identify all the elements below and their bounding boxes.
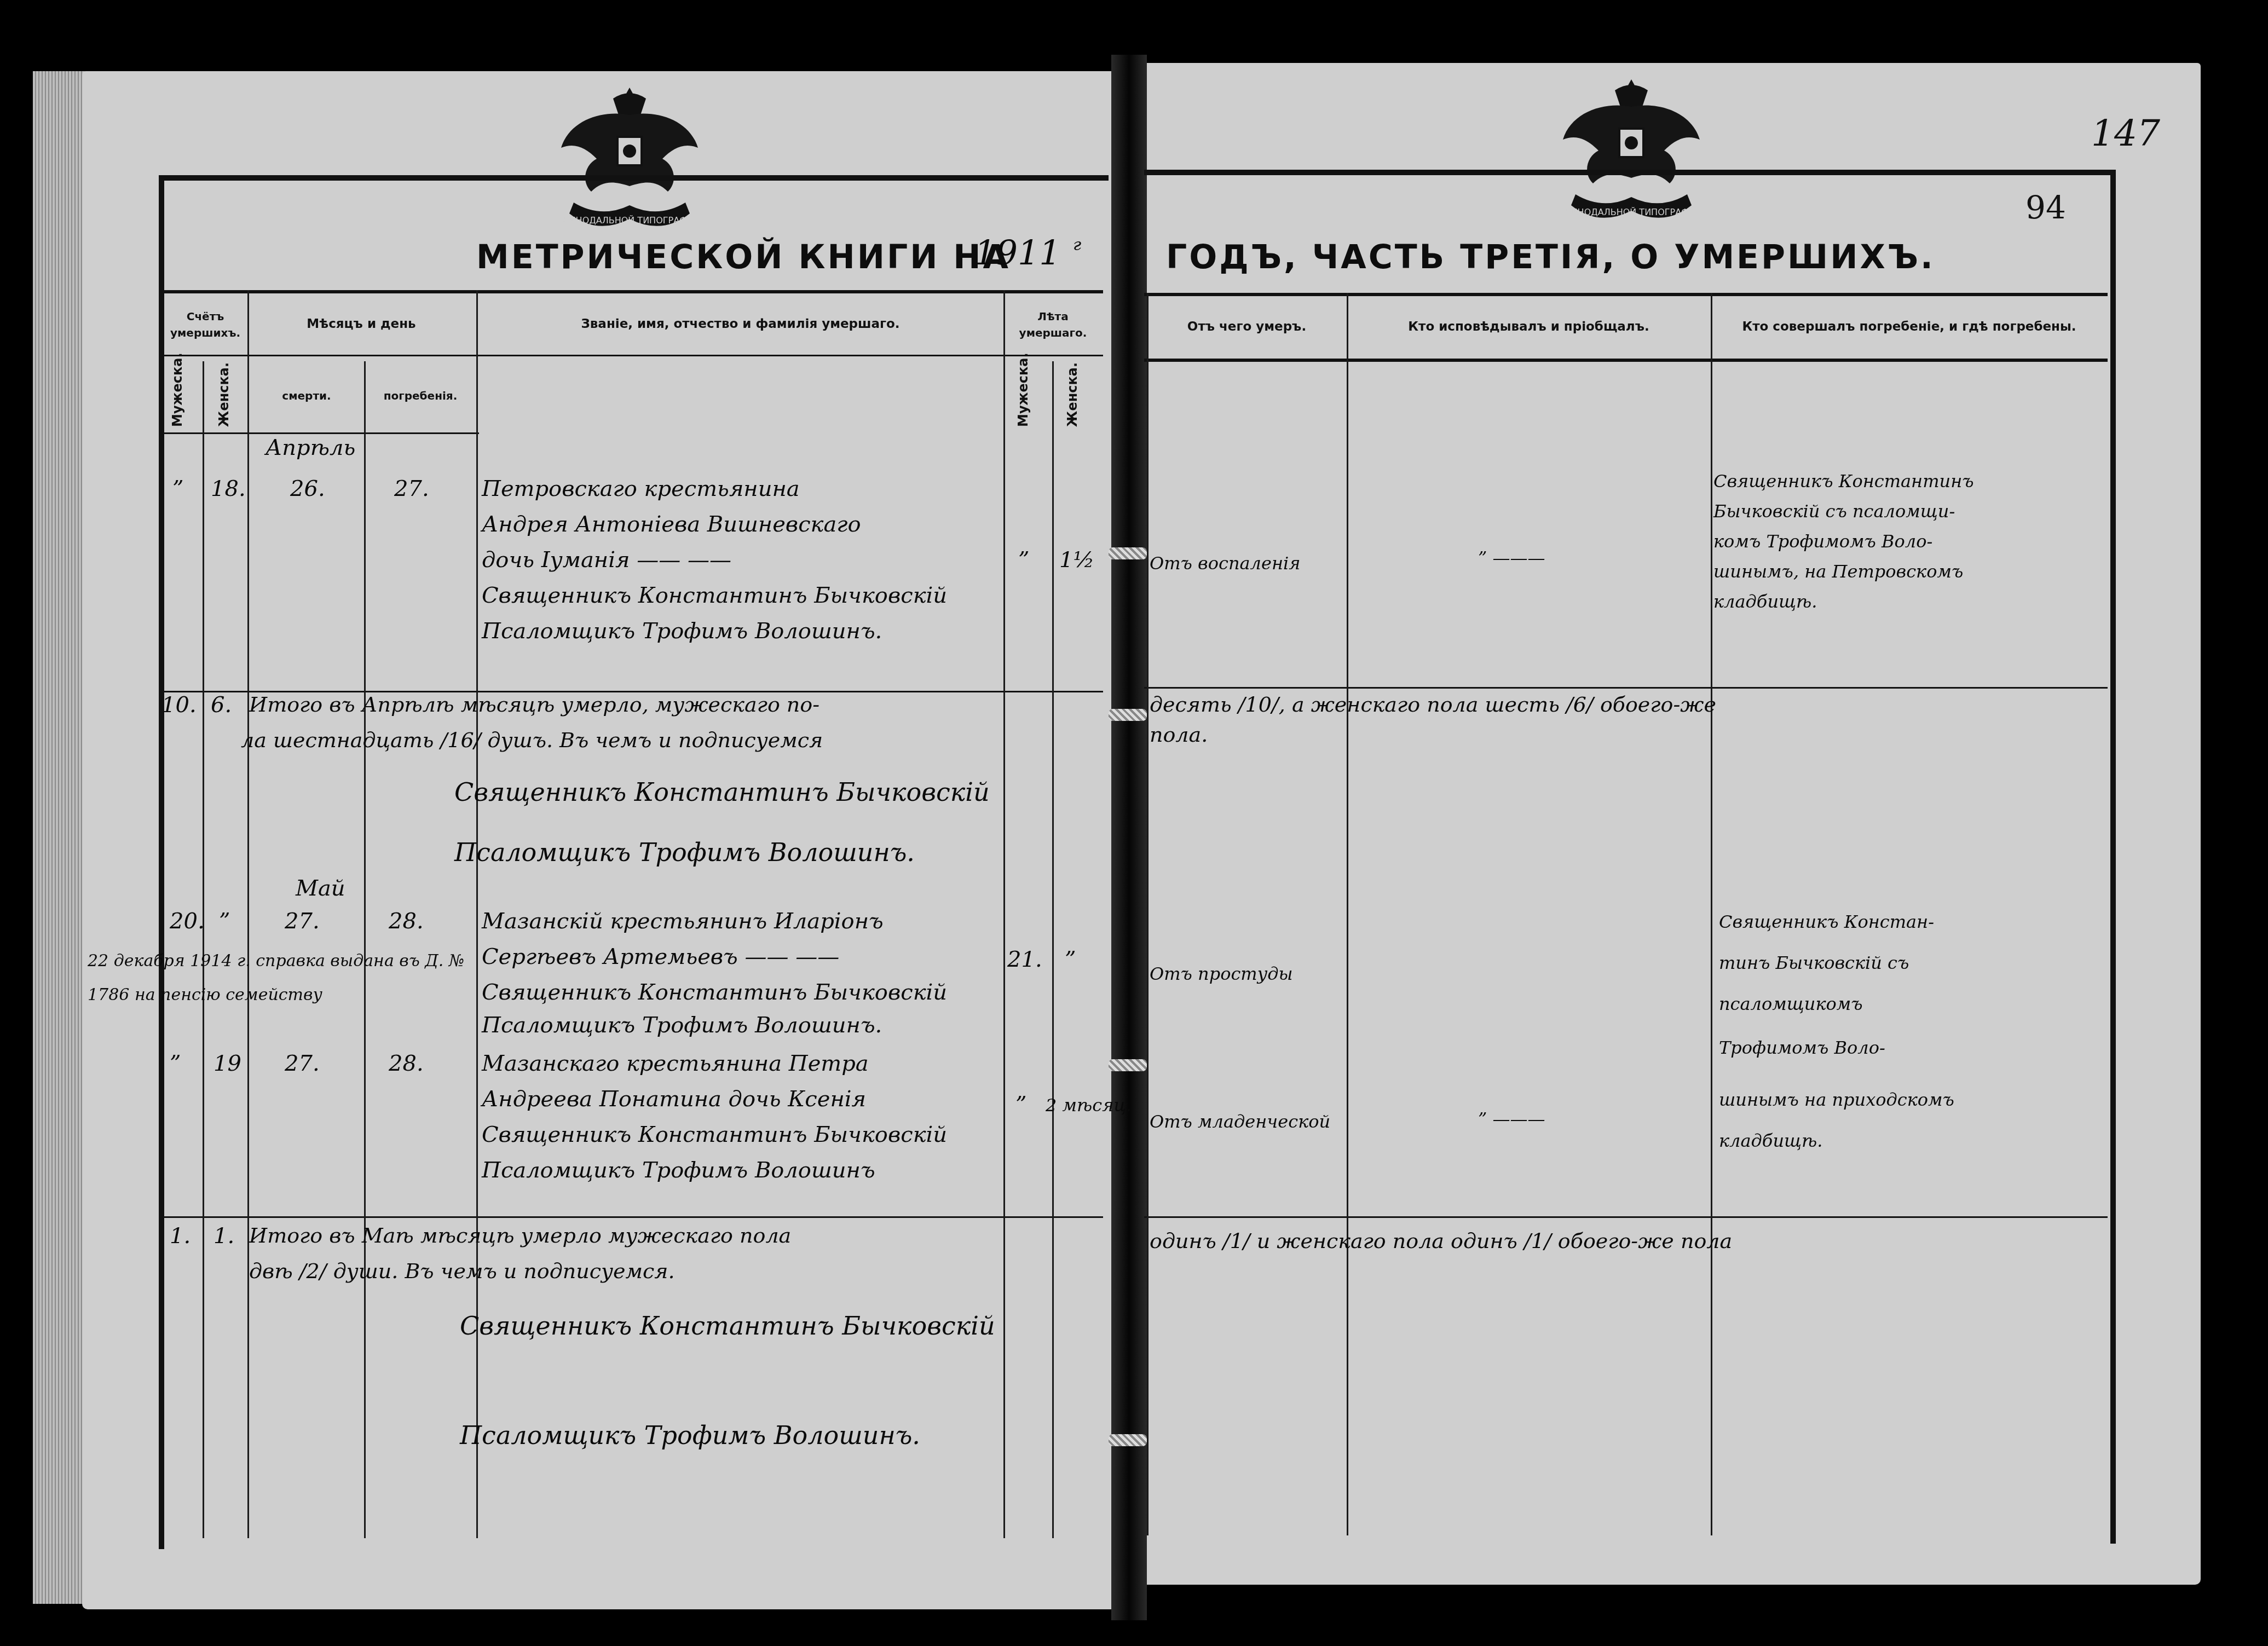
total-right-line: десять /10/, а женскаго пола шесть /6/ о… bbox=[1150, 692, 1716, 717]
right-page-title: ГОДЪ, ЧАСТЬ ТРЕТІЯ, О УМЕРШИХЪ. bbox=[1166, 238, 1935, 276]
entry-burial-day: 27. bbox=[394, 476, 429, 501]
entry-burial-line: тинъ Бычковскій съ bbox=[1719, 952, 1909, 973]
total-line: двѣ /2/ души. Въ чемъ и подписуемся. bbox=[249, 1259, 675, 1283]
entry-name-line: дочь Іуманія —— —— bbox=[482, 547, 731, 573]
header-bottom-rule bbox=[1144, 359, 2108, 362]
column-line bbox=[1347, 293, 1348, 1535]
binding-string bbox=[1109, 1059, 1147, 1071]
total-female: 6. bbox=[211, 692, 232, 718]
folio-number: 147 bbox=[2091, 112, 2160, 154]
entry-burial-line: Священникъ Константинъ bbox=[1713, 471, 1974, 492]
month-label: Май bbox=[296, 876, 345, 901]
total-male: 1. bbox=[170, 1223, 191, 1249]
entry-burial-line: псаломщикомъ bbox=[1719, 994, 1863, 1014]
header-top-rule bbox=[164, 290, 1103, 293]
entry-cause: Отъ простуды bbox=[1150, 963, 1293, 984]
entry-name-line: Андреева Понатина дочь Ксенія bbox=[482, 1087, 866, 1112]
entry-burial-line: Бычковскій съ псаломщи- bbox=[1713, 501, 1955, 522]
entry-death-day: 27. bbox=[285, 909, 320, 934]
entry-male-no: 20. bbox=[170, 909, 205, 934]
entry-age-female: 1½ bbox=[1059, 547, 1094, 573]
entry-burial-day: 28. bbox=[389, 1051, 424, 1076]
entry-cause: Отъ младенческой bbox=[1150, 1111, 1330, 1132]
column-line bbox=[1003, 290, 1005, 1538]
total-line: Итого въ Маѣ мѣсяцѣ умерло мужескаго пол… bbox=[249, 1223, 791, 1248]
year-suffix: г bbox=[1073, 235, 1081, 255]
entry-burial-line: кладбищѣ. bbox=[1719, 1130, 1822, 1151]
month-label: Апрѣль bbox=[266, 435, 355, 460]
header-confessor: Кто исповѣдывалъ и пріобщалъ. bbox=[1349, 298, 1708, 356]
book-page-edges bbox=[33, 71, 85, 1604]
entry-signature: Псаломщикъ Трофимъ Волошинъ. bbox=[482, 619, 882, 644]
column-line bbox=[1052, 361, 1054, 1538]
entry-name-line: Мазанскаго крестьянина Петра bbox=[482, 1051, 869, 1076]
entry-cause: Отъ воспаленія bbox=[1150, 553, 1300, 574]
total-line: Итого въ Апрѣлѣ мѣсяцѣ умерло, мужескаго… bbox=[249, 692, 820, 717]
entry-female-no: ” bbox=[219, 909, 230, 934]
header-burial-by: Кто совершалъ погребеніе, и гдѣ погребен… bbox=[1713, 298, 2105, 356]
entry-female-no: 19 bbox=[213, 1051, 241, 1076]
header-count: Счётъ умершихъ. bbox=[164, 296, 246, 353]
entry-age-male: ” bbox=[1015, 1092, 1026, 1117]
entry-burial-line: кладбищѣ. bbox=[1713, 591, 1817, 612]
header-age-male: Мужеска. bbox=[1015, 367, 1031, 427]
entry-signature: Священникъ Константинъ Бычковскій bbox=[482, 980, 947, 1005]
row-separator bbox=[1144, 1216, 2108, 1218]
entry-death-day: 27. bbox=[285, 1051, 320, 1076]
entry-burial-line: Священникъ Констан- bbox=[1719, 911, 1934, 932]
total-line: ла шестнадцать /16/ душъ. Въ чемъ и подп… bbox=[241, 728, 823, 752]
header-burial: погребенія. bbox=[366, 361, 475, 430]
left-page-title: МЕТРИЧЕСКОЙ КНИГИ НА bbox=[476, 238, 1011, 276]
entry-name-line: Андрея Антоніева Вишневскаго bbox=[482, 512, 861, 537]
entry-age-female: ” bbox=[1065, 947, 1076, 972]
total-signature: Священникъ Константинъ Бычковскій bbox=[454, 777, 990, 807]
header-female: Женска. bbox=[216, 372, 232, 427]
column-line bbox=[1711, 293, 1712, 1535]
total-signature: Псаломщикъ Трофимъ Волошинъ. bbox=[460, 1420, 920, 1450]
year-handwritten: 1911 bbox=[974, 233, 1061, 273]
entry-burial-line: комъ Трофимомъ Воло- bbox=[1713, 531, 1932, 552]
entry-age-male: 21. bbox=[1007, 947, 1042, 972]
entry-male-no: ” bbox=[170, 1051, 181, 1076]
entry-age-female: 2 мѣсяц. bbox=[1046, 1095, 1132, 1116]
header-mid-rule bbox=[164, 355, 1103, 356]
header-age-female: Женска. bbox=[1065, 367, 1080, 427]
book-gutter bbox=[1111, 55, 1147, 1620]
entry-signature: Псаломщикъ Трофимъ Волошинъ bbox=[482, 1158, 875, 1183]
total-right-line: пола. bbox=[1150, 723, 1208, 747]
total-male: 10. bbox=[161, 692, 197, 718]
entry-signature: Священникъ Константинъ Бычковскій bbox=[482, 1122, 947, 1147]
entry-death-day: 26. bbox=[290, 476, 325, 501]
binding-string bbox=[1109, 709, 1147, 721]
entry-confessor: ” ——— bbox=[1478, 547, 1545, 568]
binding-string bbox=[1109, 547, 1147, 559]
entry-burial-day: 28. bbox=[389, 909, 424, 934]
header-age: Лѣта умершаго. bbox=[1005, 296, 1101, 353]
total-female: 1. bbox=[213, 1223, 234, 1249]
header-cause: Отъ чего умеръ. bbox=[1150, 298, 1344, 356]
total-right-line: одинъ /1/ и женскаго пола одинъ /1/ обое… bbox=[1150, 1229, 1732, 1253]
entry-name-line: Петровскаго крестьянина bbox=[482, 476, 800, 501]
entry-female-no: 18. bbox=[211, 476, 246, 501]
column-line bbox=[247, 290, 249, 1538]
right-table-frame bbox=[1144, 170, 2116, 1544]
row-separator bbox=[1144, 687, 2108, 689]
column-line bbox=[476, 290, 478, 1538]
entry-burial-line: шинымъ на приходскомъ bbox=[1719, 1089, 1954, 1110]
entry-burial-line: Трофимомъ Воло- bbox=[1719, 1037, 1885, 1058]
header-month-day: Мѣсяцъ и день bbox=[249, 296, 474, 353]
entry-signature: Псаломщикъ Трофимъ Волошинъ. bbox=[482, 1013, 882, 1038]
entry-age-male: ” bbox=[1018, 547, 1029, 573]
entry-name-line: Мазанскій крестьянинъ Иларіонъ bbox=[482, 909, 884, 934]
header-top-rule bbox=[1144, 293, 2108, 296]
header-bottom-rule bbox=[164, 432, 479, 434]
total-signature: Священникъ Константинъ Бычковскій bbox=[460, 1311, 995, 1341]
column-line bbox=[1147, 293, 1149, 1535]
entry-signature: Священникъ Константинъ Бычковскій bbox=[482, 583, 947, 608]
header-death: смерти. bbox=[249, 361, 364, 430]
entry-male-no: ” bbox=[172, 476, 183, 501]
header-name: Званіе, имя, отчество и фамилія умершаго… bbox=[479, 296, 1002, 353]
margin-note: 22 декабря 1914 г. справка выдана въ Д. … bbox=[88, 944, 471, 1012]
header-male: Мужеска. bbox=[170, 372, 185, 427]
entry-confessor: ” ——— bbox=[1478, 1108, 1545, 1129]
entry-burial-line: шинымъ, на Петровскомъ bbox=[1713, 561, 1963, 582]
binding-string bbox=[1109, 1434, 1147, 1446]
entry-name-line: Сергѣевъ Артемьевъ —— —— bbox=[482, 944, 839, 969]
row-separator bbox=[164, 1216, 1103, 1218]
total-signature: Псаломщикъ Трофимъ Волошинъ. bbox=[454, 838, 915, 867]
